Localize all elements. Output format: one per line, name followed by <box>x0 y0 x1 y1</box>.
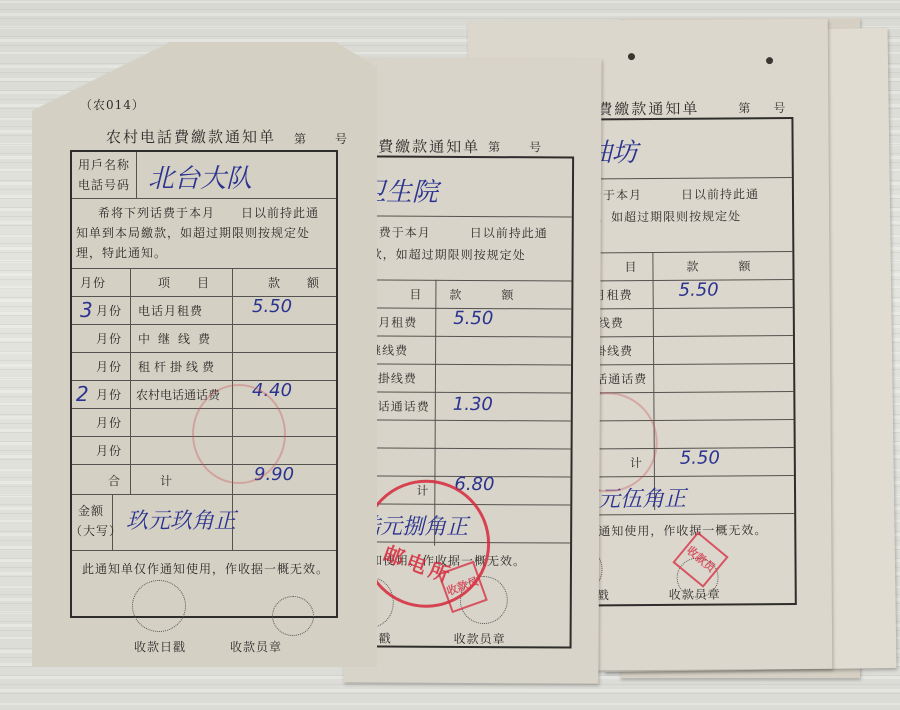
left-form: 用戶名称 电話号码 北台大队 希将下列话费于本月 日以前持此通 知单到本局繳款，… <box>70 150 338 618</box>
disclaimer: 此通知单仅作通知使用，作收据一概无效。 <box>82 560 329 577</box>
item-label: 租杆掛线费 <box>138 358 218 375</box>
punch-hole <box>766 57 773 64</box>
item-label: 中继线费 <box>138 330 218 347</box>
disclaimer: 仅作通知使用，作收据一概无效。 <box>572 521 767 539</box>
amount-caps: 玖元玖角正 <box>126 504 236 535</box>
month-value: 2 <box>76 382 89 406</box>
header-item: 目 <box>409 286 422 303</box>
notice-line: 话费于本月 日以前持此通 <box>366 223 548 241</box>
total-label: 合 计 <box>108 472 173 489</box>
total-amount: 5.50 <box>680 448 720 469</box>
header-month: 月份 <box>80 274 106 291</box>
middle-form: 卫生院 话费于本月 日以前持此通 款，如超过期限则按规定处 目 款 额 话月租费… <box>362 155 575 648</box>
punch-hole <box>628 53 635 60</box>
cashier-stamp-circle <box>272 596 314 636</box>
month-value: 3 <box>80 298 93 322</box>
left-title: 农村电話費繳款通知单 <box>106 126 276 147</box>
month-label: 月份 <box>96 302 122 319</box>
field-label-user: 用戶名称 <box>78 156 130 173</box>
right-number-label: 第号 <box>738 99 786 116</box>
field-label-phone: 电話号码 <box>78 176 130 193</box>
month-label: 月份 <box>96 386 122 403</box>
header-amount: 款 额 <box>268 274 320 291</box>
left-user-name: 北台大队 <box>148 158 252 195</box>
cashier-stamp-label: 收款员章 <box>669 586 721 603</box>
notice-line: 理，特此通知。 <box>76 244 167 261</box>
month-label: 月份 <box>96 414 122 431</box>
amount-value: 5.50 <box>453 308 493 329</box>
faded-round-stamp <box>192 384 286 484</box>
amount-value: 5.50 <box>679 280 719 301</box>
header-item: 项 目 <box>158 274 210 291</box>
item-label: 电话月租费 <box>138 302 203 319</box>
amount-caps-label: 金额 <box>78 502 104 519</box>
left-notice: （农014） 农村电話費繳款通知单 第号 用戶名称 电話号码 北台大队 希将下列… <box>32 42 377 667</box>
month-label: 月份 <box>96 442 122 459</box>
middle-title: 費繳款通知单 <box>378 136 480 158</box>
notice-line: 知单到本局繳款，如超过期限则按规定处 <box>76 224 310 241</box>
month-label: 月份 <box>96 330 122 347</box>
cashier-stamp-label: 收款员章 <box>230 638 282 655</box>
amount-value: 1.30 <box>453 394 493 415</box>
header-amount: 款 额 <box>449 286 514 303</box>
amount-caps-label: （大写） <box>70 522 122 539</box>
month-label: 月份 <box>96 358 122 375</box>
notice-line: 款，如超过期限则按规定处 <box>370 245 526 263</box>
left-number-label: 第号 <box>294 130 348 147</box>
header-amount: 款 额 <box>686 257 751 274</box>
form-code: （农014） <box>80 96 145 113</box>
amount-value: 5.50 <box>252 296 292 317</box>
middle-number-label: 第号 <box>488 138 542 155</box>
middle-notice: 費繳款通知单 第号 卫生院 话费于本月 日以前持此通 款，如超过期限则按规定处 … <box>343 57 601 683</box>
date-stamp-circle <box>132 580 186 632</box>
cashier-stamp-label: 收款员章 <box>454 630 506 647</box>
notice-line: 希将下列话费于本月 日以前持此通 <box>98 204 319 221</box>
date-stamp-label: 收款日戳 <box>134 638 186 655</box>
